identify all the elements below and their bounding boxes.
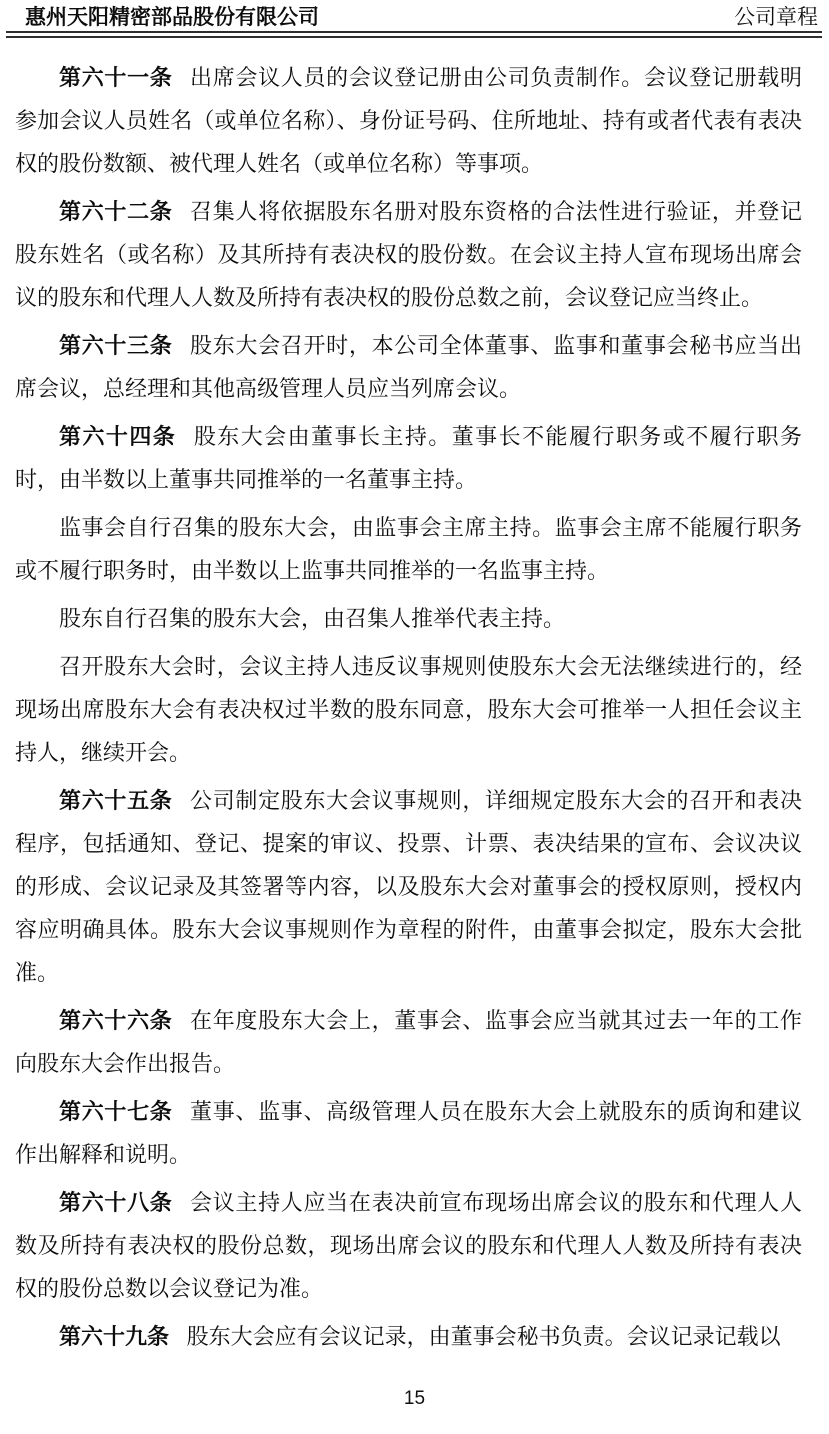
article-text: 公司制定股东大会议事规则，详细规定股东大会的召开和表决程序，包括通知、登记、提案… bbox=[15, 788, 802, 985]
paragraph: 第六十四条股东大会由董事长主持。董事长不能履行职务或不履行职务时，由半数以上董事… bbox=[15, 415, 802, 501]
header-divider-rule bbox=[6, 31, 822, 38]
paragraph: 第六十五条公司制定股东大会议事规则，详细规定股东大会的召开和表决程序，包括通知、… bbox=[15, 779, 802, 994]
article-number: 第六十二条 bbox=[59, 199, 172, 224]
article-number: 第六十九条 bbox=[59, 1324, 169, 1349]
paragraph: 第六十九条股东大会应有会议记录，由董事会秘书负责。会议记录记载以 bbox=[15, 1315, 802, 1358]
paragraph: 第六十七条董事、监事、高级管理人员在股东大会上就股东的质询和建议作出解释和说明。 bbox=[15, 1090, 802, 1176]
paragraph: 监事会自行召集的股东大会，由监事会主席主持。监事会主席不能履行职务或不履行职务时… bbox=[15, 506, 802, 592]
company-name-header: 惠州天阳精密部品股份有限公司 bbox=[25, 4, 319, 30]
paragraph: 第六十一条出席会议人员的会议登记册由公司负责制作。会议登记册载明参加会议人员姓名… bbox=[15, 56, 802, 185]
article-text: 股东大会应有会议记录，由董事会秘书负责。会议记录记载以 bbox=[187, 1324, 781, 1349]
document-body: 第六十一条出席会议人员的会议登记册由公司负责制作。会议登记册载明参加会议人员姓名… bbox=[15, 56, 802, 1358]
article-text: 监事会自行召集的股东大会，由监事会主席主持。监事会主席不能履行职务或不履行职务时… bbox=[15, 515, 802, 583]
article-number: 第六十六条 bbox=[59, 1008, 172, 1033]
page-number: 15 bbox=[0, 1388, 829, 1410]
article-number: 第六十五条 bbox=[59, 788, 172, 813]
paragraph: 股东自行召集的股东大会，由召集人推举代表主持。 bbox=[15, 597, 802, 640]
page-header: 惠州天阳精密部品股份有限公司 公司章程 bbox=[25, 4, 818, 30]
paragraph: 第六十六条在年度股东大会上，董事会、监事会应当就其过去一年的工作向股东大会作出报… bbox=[15, 999, 802, 1085]
document-title-header: 公司章程 bbox=[734, 4, 818, 30]
article-text: 召开股东大会时，会议主持人违反议事规则使股东大会无法继续进行的，经现场出席股东大… bbox=[15, 654, 802, 765]
article-text: 股东自行召集的股东大会，由召集人推举代表主持。 bbox=[59, 606, 565, 631]
article-number: 第六十四条 bbox=[59, 424, 176, 449]
paragraph: 第六十八条会议主持人应当在表决前宣布现场出席会议的股东和代理人人数及所持有表决权… bbox=[15, 1181, 802, 1310]
paragraph: 召开股东大会时，会议主持人违反议事规则使股东大会无法继续进行的，经现场出席股东大… bbox=[15, 645, 802, 774]
article-number: 第六十三条 bbox=[59, 333, 172, 358]
article-number: 第六十七条 bbox=[59, 1099, 172, 1124]
article-number: 第六十八条 bbox=[59, 1190, 172, 1215]
paragraph: 第六十二条召集人将依据股东名册对股东资格的合法性进行验证，并登记股东姓名（或名称… bbox=[15, 190, 802, 319]
document-page: 惠州天阳精密部品股份有限公司 公司章程 第六十一条出席会议人员的会议登记册由公司… bbox=[0, 0, 829, 1434]
paragraph: 第六十三条股东大会召开时，本公司全体董事、监事和董事会秘书应当出席会议，总经理和… bbox=[15, 324, 802, 410]
article-number: 第六十一条 bbox=[59, 65, 172, 90]
